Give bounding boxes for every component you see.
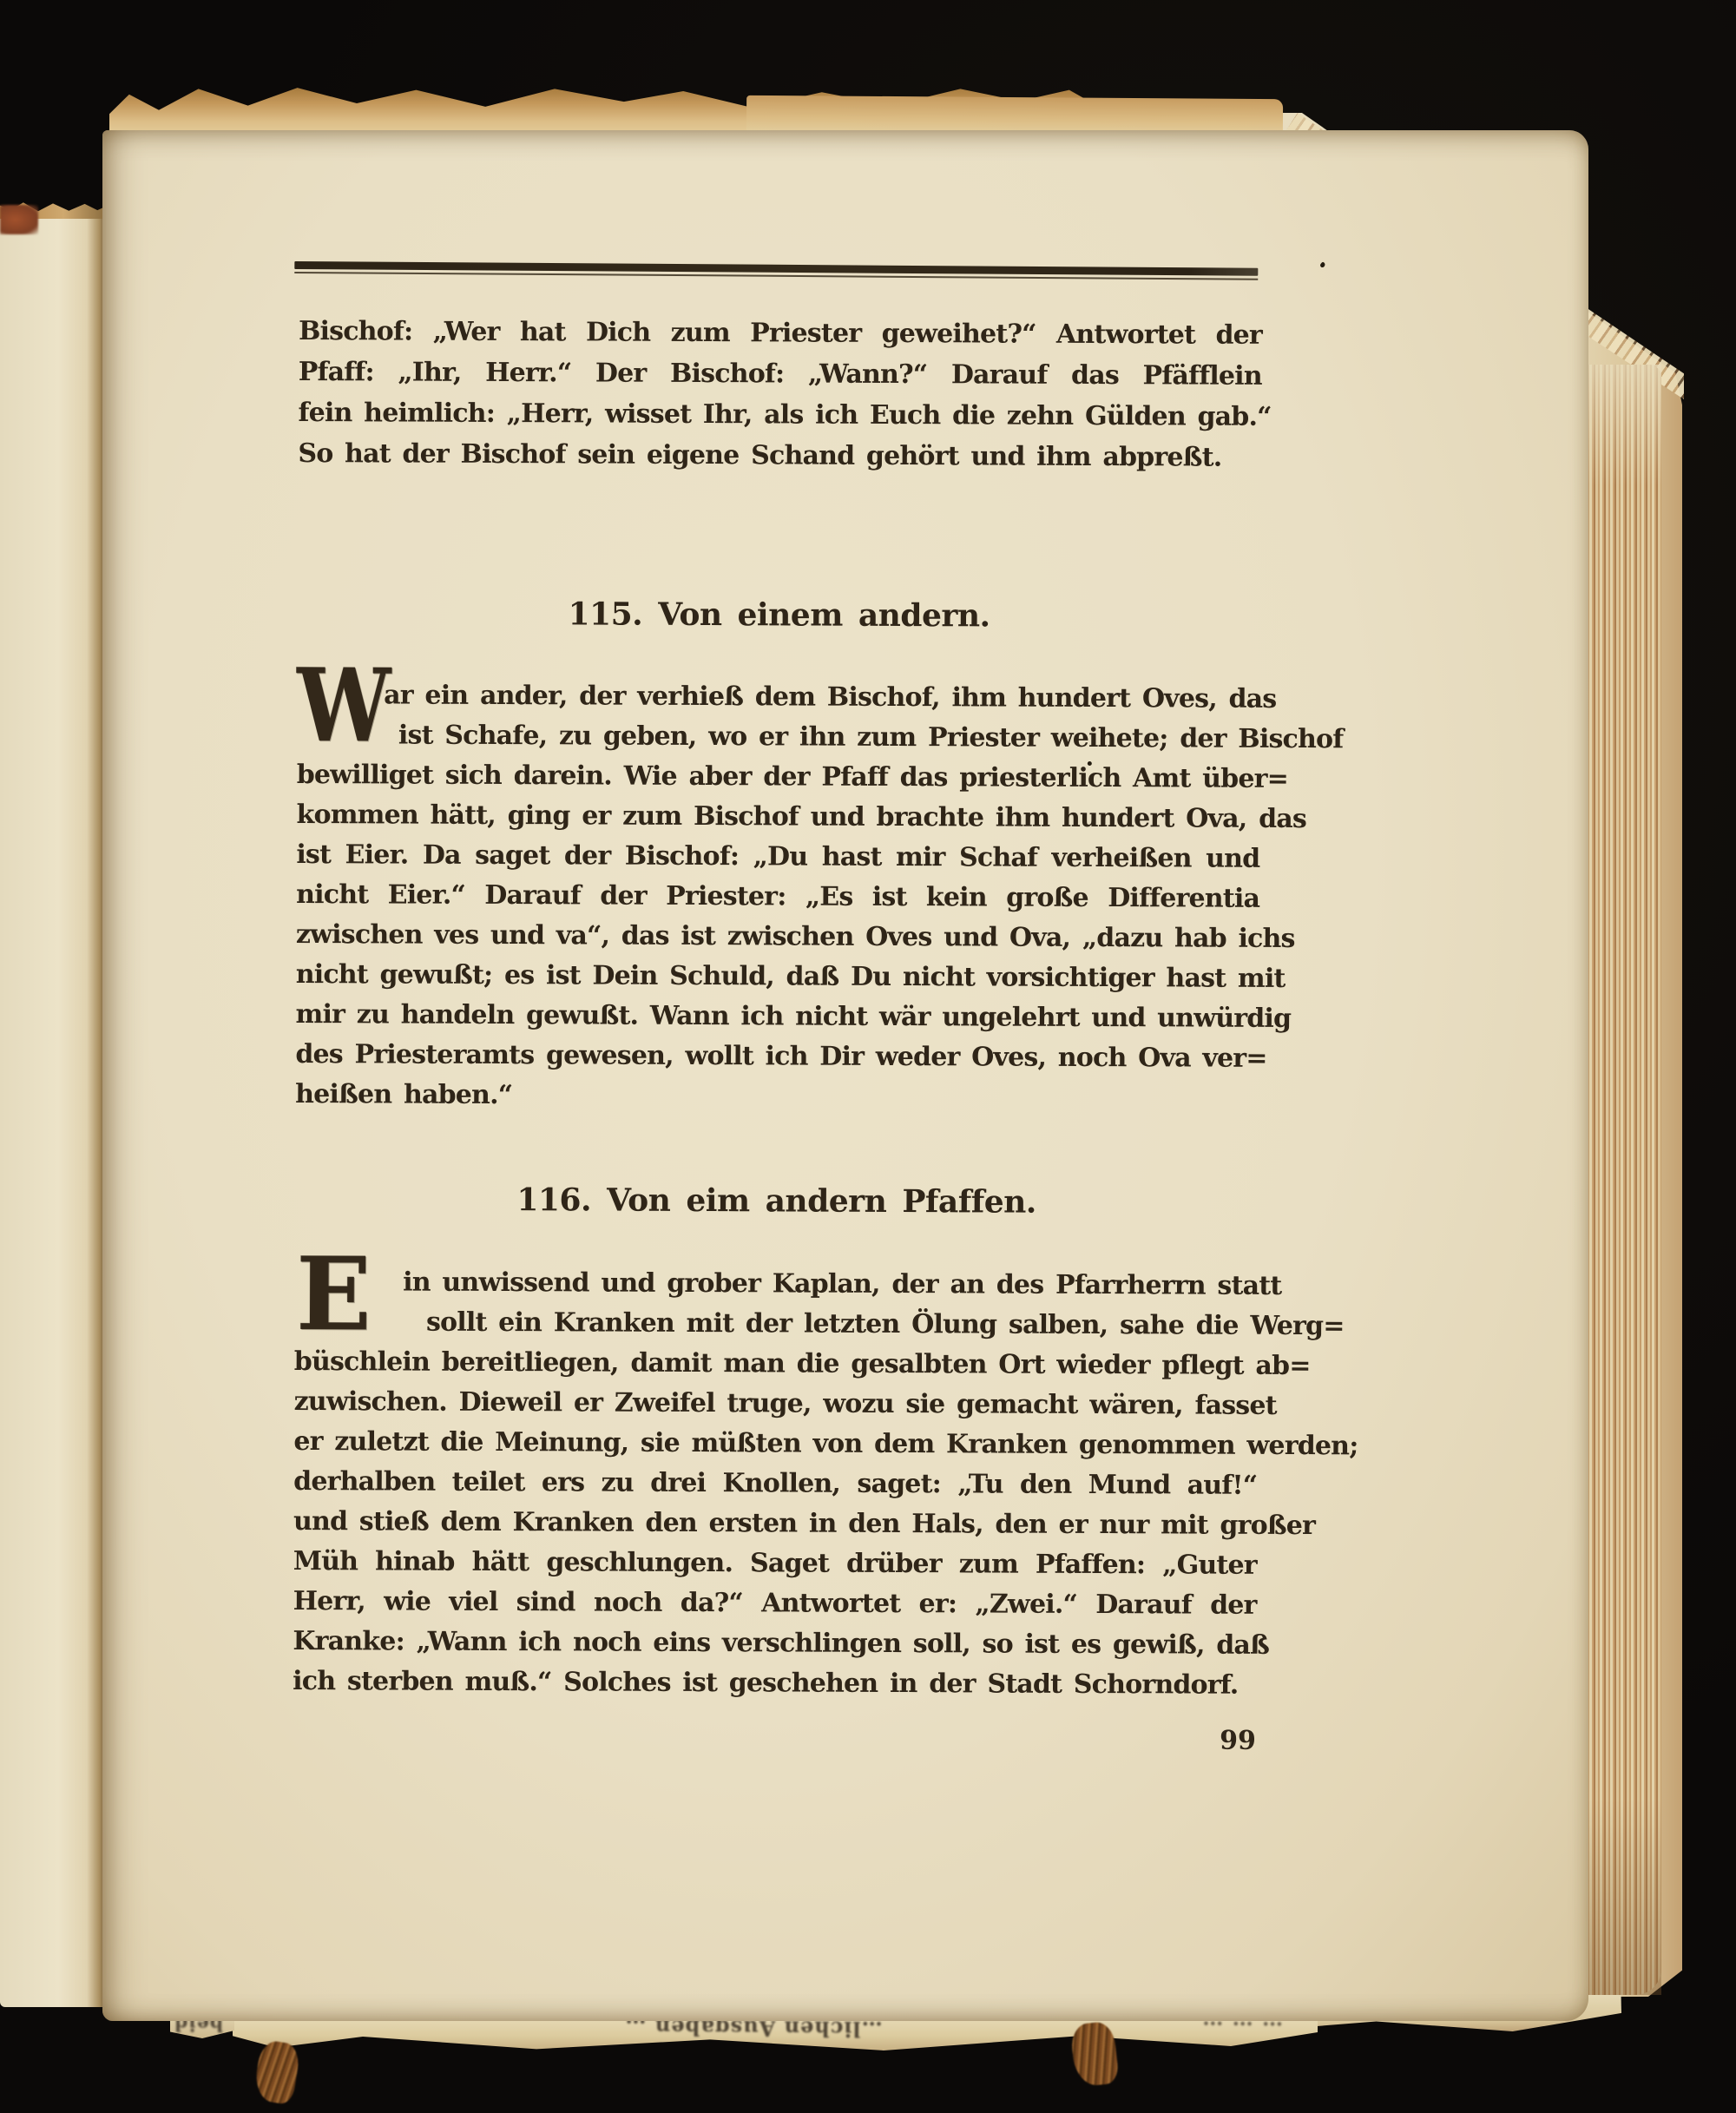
book-page: Bischof: „Wer hat Dich zum Priester gewe…: [102, 130, 1588, 2021]
text-line: zuwischen. Dieweil er Zweifel truge, woz…: [294, 1382, 1258, 1426]
text-line: fein heimlich: „Herr, wisset Ihr, als ic…: [298, 392, 1261, 438]
headband: [0, 205, 38, 234]
story-115-paragraph: ar ein ander, der verhieß dem Bischof, i…: [295, 675, 1260, 1119]
paper-speck: [1319, 261, 1326, 268]
text-line: heißen haben.“: [295, 1075, 1259, 1119]
paper-speck: [1088, 761, 1092, 766]
text-line: Müh hinab hätt geschlungen. Saget drüber…: [293, 1542, 1257, 1586]
text-line: ist Eier. Da saget der Bischof: „Du hast…: [296, 835, 1259, 879]
left-page-sliver: [0, 214, 106, 2007]
text-line: kommen hätt, ging er zum Bischof und bra…: [296, 795, 1259, 839]
text-line: ich sterben muß.“ Solches ist geschehen …: [293, 1662, 1256, 1706]
text-line: in unwissend und grober Kaplan, der an d…: [294, 1262, 1258, 1307]
text-line: Bischof: „Wer hat Dich zum Priester gewe…: [299, 311, 1262, 356]
text-line: mir zu handeln gewußt. Wann ich nicht wä…: [295, 995, 1259, 1039]
bookmark-tassel-left: [253, 2039, 301, 2105]
story-116-paragraph: in unwissend und grober Kaplan, der an d…: [293, 1262, 1258, 1706]
text-line: bewilliget sich darein. Wie aber der Pfa…: [297, 755, 1260, 800]
text-line: sollt ein Kranken mit der letzten Ölung …: [294, 1302, 1258, 1346]
text-line: Pfaff: „Ihr, Herr.“ Der Bischof: „Wann?“…: [299, 352, 1262, 397]
text-line: derhalben teilet ers zu drei Knollen, sa…: [293, 1462, 1257, 1506]
text-line: nicht Eier.“ Darauf der Priester: „Es is…: [296, 875, 1259, 919]
text-line: des Priesteramts gewesen, wollt ich Dir …: [295, 1035, 1259, 1079]
text-line: und stieß dem Kranken den ersten in den …: [293, 1502, 1257, 1546]
text-line: Herr, wie viel sind noch da?“ Antwortet …: [293, 1582, 1257, 1626]
page-number: 99: [293, 1721, 1256, 1756]
fore-edge-stripes: [1581, 365, 1661, 1995]
story-115-heading: 115. Von einem andern.: [297, 596, 1260, 635]
story-116-heading: 116. Von eim andern Pfaffen.: [295, 1182, 1259, 1221]
text-line: Kranke: „Wann ich noch eins verschlingen…: [293, 1622, 1256, 1666]
continuation-paragraph: Bischof: „Wer hat Dich zum Priester gewe…: [298, 311, 1262, 478]
divider-rule: [294, 261, 1258, 280]
printed-area: Bischof: „Wer hat Dich zum Priester gewe…: [94, 130, 1588, 2027]
text-line: zwischen ves und va“, das ist zwischen O…: [296, 915, 1259, 959]
text-line: ar ein ander, der verhieß dem Bischof, i…: [297, 675, 1260, 720]
text-line: So hat der Bischof sein eigene Schand ge…: [298, 433, 1261, 478]
text-line: büschlein bereitliegen, damit man die ge…: [294, 1342, 1258, 1386]
text-line: er zuletzt die Meinung, sie müßten von d…: [293, 1422, 1257, 1466]
book-scan-scene: …lichen Ausgaben … … … … beid Bischof: „…: [0, 0, 1736, 2113]
text-line: ist Schafe, zu geben, wo er ihn zum Prie…: [297, 715, 1260, 760]
text-line: nicht gewußt; es ist Dein Schuld, daß Du…: [296, 955, 1259, 999]
